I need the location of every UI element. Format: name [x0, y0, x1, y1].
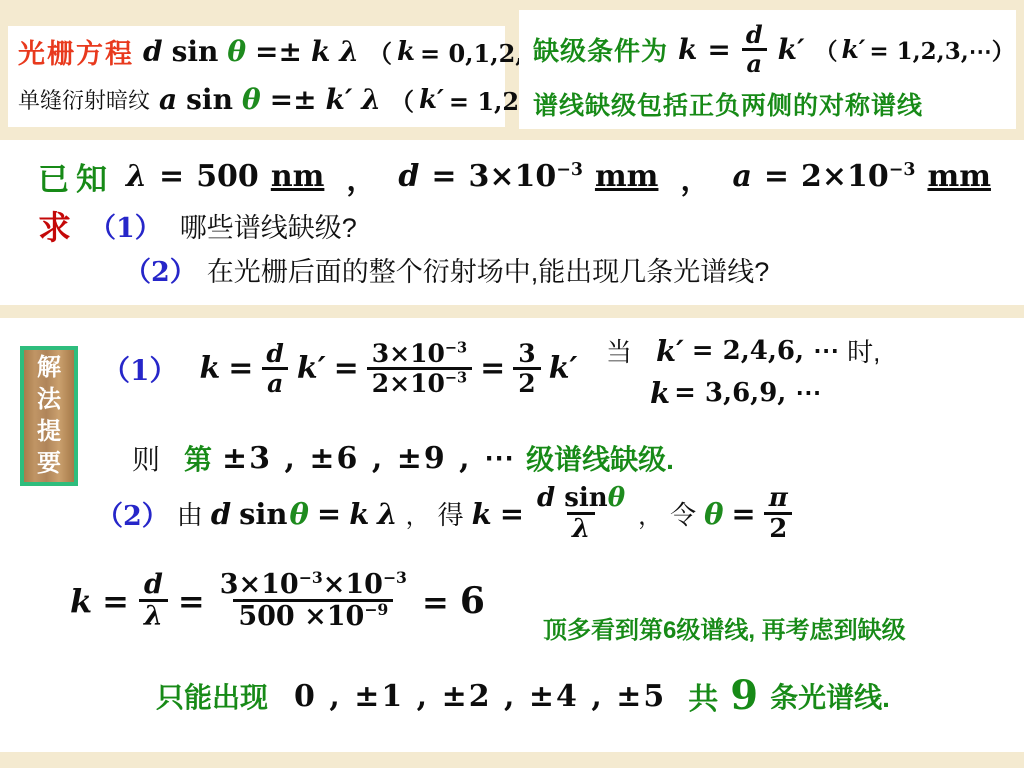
- theta-symbol: θ: [704, 497, 723, 531]
- find-question-1-line: 求 （1） 哪些谱线缺级?: [38, 202, 357, 249]
- visible-order-values: 0 , ±1 , ±2 , ±4 , ±5: [294, 679, 666, 714]
- solution-panel: 解 法 提 要 （1） k = d a k′ = 3×10−3 2×10−3 =…: [0, 318, 1024, 752]
- var-d: d: [143, 35, 163, 68]
- given-label: 已知: [38, 154, 114, 199]
- equals: =: [731, 497, 755, 531]
- single-slit-row: 单缝衍射暗纹 a sin θ =± k′ λ （ k′ = 1,2,3,⋯）: [18, 82, 601, 117]
- equals-pm: =±: [270, 83, 317, 116]
- equals: =: [500, 497, 524, 531]
- fraction-three-halves: 3 2: [513, 340, 540, 397]
- equals-result: = 6: [422, 580, 485, 622]
- k-values: = 3,6,9, ⋯: [674, 378, 821, 408]
- equals-pm: =±: [255, 35, 302, 68]
- var-k-prime: k′: [326, 83, 353, 116]
- missing-order-note-row: 谱线缺级包括正负两侧的对称谱线: [533, 86, 923, 122]
- fraction-d-over-a: d a: [261, 340, 288, 397]
- paren-open: （: [814, 33, 837, 66]
- comma: ，: [406, 496, 430, 531]
- var-k: k: [70, 582, 92, 620]
- var-k: k: [311, 35, 330, 68]
- lambda-value: 500: [196, 159, 259, 194]
- var-k-prime-range: k′: [841, 35, 865, 64]
- var-k: k: [650, 376, 670, 410]
- var-d: d: [211, 497, 231, 531]
- grating-equation-row: 光栅方程 d sin θ =± k λ （ k = 0,1,2,⋯）: [18, 32, 572, 71]
- var-k-prime-range: k′: [419, 85, 444, 115]
- fraction-numeric: 3×10−3×10−3 500 ×10−9: [215, 570, 412, 631]
- paren-open: （: [368, 34, 392, 69]
- total-count: 9: [730, 676, 758, 716]
- missing-order-condition-row: 缺级条件为 k = d a k′ （ k′ = 1,2,3,⋯）: [533, 22, 1015, 77]
- note-line: 顶多看到第6级谱线, 再考虑到缺级: [543, 610, 906, 645]
- slide: { "colors": { "background_cream": "#f4ea…: [0, 0, 1024, 768]
- var-a: a: [159, 83, 177, 116]
- var-k: k: [472, 497, 492, 531]
- badge-char: 要: [37, 448, 61, 480]
- order-prefix: 第: [184, 438, 212, 478]
- equals: =: [317, 497, 341, 531]
- badge-char: 法: [37, 384, 61, 416]
- question-2-text: 在光栅后面的整个衍射场中,能出现几条光谱线?: [207, 250, 770, 289]
- theta-symbol: θ: [227, 35, 246, 68]
- var-k: k: [199, 351, 220, 386]
- a-unit: mm: [927, 159, 991, 194]
- question-1-number: （1）: [89, 206, 162, 245]
- equals: =: [159, 159, 184, 194]
- missing-orders-suffix: 级谱线缺级.: [526, 438, 674, 478]
- badge-char: 提: [37, 416, 61, 448]
- missing-order-values: ±3 , ±6 , ±9 , ⋯: [222, 441, 516, 476]
- missing-order-note: 谱线缺级包括正负两侧的对称谱线: [533, 86, 923, 122]
- fraction-d-over-a: d a: [741, 22, 768, 77]
- a-value: 2×10−3: [801, 159, 915, 194]
- var-k: k: [349, 497, 369, 531]
- theta-symbol: θ: [290, 497, 309, 531]
- lambda-symbol: λ: [377, 497, 397, 531]
- var-k-prime: k′: [778, 33, 805, 66]
- solution-step-2-equation: （2） 由 d sin θ = k λ ， 得 k = d sinθ λ ， 令…: [96, 484, 793, 543]
- final-answer-line: 只能出现 0 , ±1 , ±2 , ±4 , ±5 共 9 条光谱线.: [156, 674, 890, 718]
- given-line: 已知 λ = 500 nm ， d = 3×10−3 mm ， a = 2×10…: [38, 154, 991, 199]
- lambda-symbol: λ: [339, 35, 359, 68]
- step-1-number: （1）: [102, 349, 177, 389]
- then-k-line: k = 3,6,9, ⋯: [650, 376, 821, 410]
- problem-statement-panel: 已知 λ = 500 nm ， d = 3×10−3 mm ， a = 2×10…: [0, 140, 1024, 305]
- solution-step-1-equation: （1） k = d a k′ = 3×10−3 2×10−3 = 3 2 k′: [102, 340, 577, 397]
- lambda-symbol: λ: [361, 83, 381, 116]
- d-value: 3×10−3: [469, 159, 583, 194]
- lambda-symbol: λ: [126, 159, 147, 194]
- fraction-dsintheta-over-lambda: d sinθ λ: [532, 484, 630, 543]
- var-k-prime: k′: [549, 351, 578, 386]
- max-order-note: 顶多看到第6级谱线, 再考虑到缺级: [543, 610, 906, 645]
- paren-open: （: [390, 82, 414, 117]
- max-order-equation: k = d λ = 3×10−3×10−3 500 ×10−9 = 6: [70, 570, 485, 631]
- let-label: 令: [670, 495, 696, 532]
- var-k-range: k: [397, 37, 415, 67]
- when-suffix: 时,: [847, 332, 880, 369]
- comma: ，: [638, 496, 662, 531]
- var-a: a: [732, 159, 751, 194]
- grating-equation-box: 光栅方程 d sin θ =± k λ （ k = 0,1,2,⋯） 单缝衍射暗…: [8, 26, 505, 127]
- when-label: 当: [606, 332, 632, 369]
- equals: =: [178, 582, 205, 620]
- sin-symbol: sin: [186, 83, 233, 116]
- from-label: 由: [177, 495, 203, 532]
- var-k-prime: k′: [656, 334, 684, 368]
- step-2-number: （2）: [96, 494, 169, 533]
- single-slit-label: 单缝衍射暗纹: [18, 84, 150, 115]
- equals: =: [102, 582, 129, 620]
- missing-order-box: 缺级条件为 k = d a k′ （ k′ = 1,2,3,⋯） 谱线缺级包括正…: [519, 10, 1016, 129]
- equals: =: [334, 351, 359, 386]
- fraction-numeric: 3×10−3 2×10−3: [367, 340, 472, 397]
- sin-symbol: sin: [172, 35, 219, 68]
- when-k-prime-line: 当 k′ = 2,4,6, ⋯ 时,: [606, 332, 880, 369]
- then-label: 则: [132, 438, 160, 478]
- d-unit: mm: [595, 159, 659, 194]
- badge-char: 解: [37, 352, 61, 384]
- fraction-pi-over-two: π 2: [764, 484, 793, 543]
- find-question-2-line: （2） 在光栅后面的整个衍射场中,能出现几条光谱线?: [124, 250, 769, 289]
- total-prefix: 共: [688, 674, 718, 718]
- final-lead: 只能出现: [156, 676, 268, 716]
- lambda-unit: nm: [271, 159, 325, 194]
- equals: =: [228, 351, 253, 386]
- sin-symbol: sin: [239, 497, 287, 531]
- equals: =: [431, 159, 456, 194]
- equals: =: [480, 351, 505, 386]
- grating-equation-label: 光栅方程: [18, 32, 134, 71]
- var-d: d: [398, 159, 419, 194]
- k-prime-values: = 2,4,6, ⋯: [692, 336, 839, 366]
- var-k-prime: k′: [297, 351, 326, 386]
- var-k: k: [678, 33, 697, 66]
- question-1-text: 哪些谱线缺级?: [180, 206, 357, 245]
- equals: =: [764, 159, 789, 194]
- get-label: 得: [438, 495, 464, 532]
- k-prime-range-values: = 1,2,3,⋯）: [869, 33, 1014, 66]
- solution-outline-badge: 解 法 提 要: [20, 346, 78, 486]
- missing-orders-conclusion-line: 则 第 ±3 , ±6 , ±9 , ⋯ 级谱线缺级.: [132, 438, 674, 478]
- theta-symbol: θ: [242, 83, 261, 116]
- fraction-d-over-lambda: d λ: [139, 570, 168, 631]
- fraction-denominator: a: [742, 48, 768, 77]
- fraction-numerator: d: [741, 22, 768, 48]
- separator-comma: ，: [680, 155, 710, 199]
- total-suffix: 条光谱线.: [770, 676, 890, 716]
- find-label: 求: [38, 202, 71, 249]
- missing-order-label: 缺级条件为: [533, 31, 668, 68]
- equals: =: [707, 33, 730, 66]
- question-2-number: （2）: [124, 250, 197, 289]
- separator-comma: ，: [346, 155, 376, 199]
